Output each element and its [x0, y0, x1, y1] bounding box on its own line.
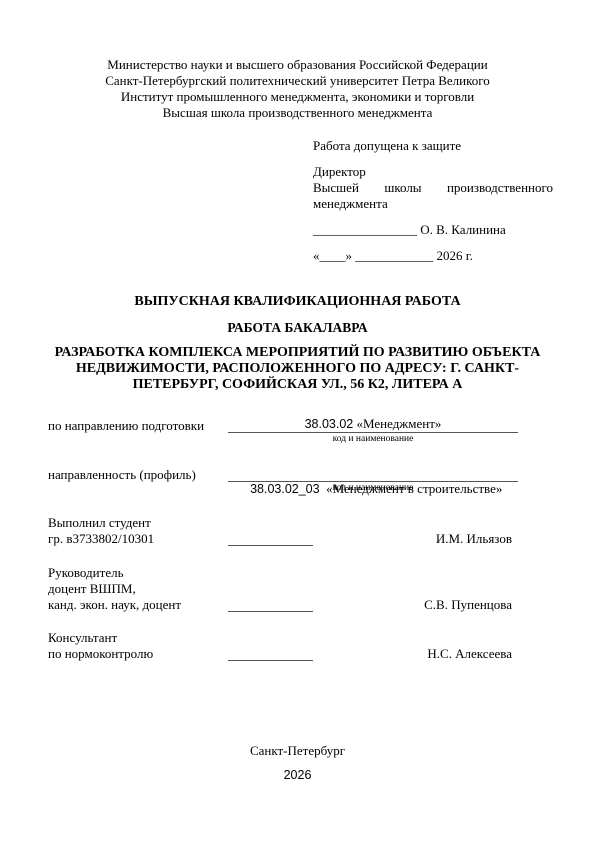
direction-field[interactable]: 38.03.02 «Менеджмент» — [228, 416, 518, 433]
approval-block: Работа допущена к защите Директор Высшей… — [313, 138, 553, 264]
supervisor-role-line-2: доцент ВШПМ, — [48, 581, 181, 597]
consultant-signature-line[interactable] — [228, 646, 313, 661]
header-line-school: Высшая школа производственного менеджмен… — [0, 105, 595, 121]
director-signature-blank[interactable]: ________________ — [313, 222, 417, 237]
date-month-blank[interactable]: ____________ — [355, 248, 433, 263]
date-day-blank[interactable]: ____ — [320, 248, 346, 263]
footer-year: 2026 — [0, 767, 595, 783]
direction-label: по направлению подготовки — [48, 418, 204, 434]
student-role-line-1: Выполнил студент — [48, 515, 154, 531]
student-signature-line[interactable] — [228, 531, 313, 546]
footer-city: Санкт-Петербург — [0, 743, 595, 759]
director-name: О. В. Калинина — [420, 222, 506, 237]
admitted-text: Работа допущена к защите — [313, 138, 553, 154]
topic-line-3: ПЕТЕРБУРГ, СОФИЙСКАЯ УЛ., 56 К2, ЛИТЕРА … — [0, 377, 595, 393]
direction-caption: код и наименование — [228, 434, 518, 444]
date-year: 2026 г. — [437, 248, 473, 263]
consultant-name: Н.С. Алексеева — [427, 646, 512, 662]
work-type-title: ВЫПУСКНАЯ КВАЛИФИКАЦИОННАЯ РАБОТА — [0, 294, 595, 310]
consultant-role-line-1: Консультант — [48, 630, 153, 646]
student-group: гр. в3733802/10301 — [48, 531, 154, 547]
student-role: Выполнил студент гр. в3733802/10301 — [48, 515, 154, 547]
student-name: И.М. Ильязов — [436, 531, 512, 547]
direction-code: 38.03.02 — [305, 417, 354, 431]
work-degree-title: РАБОТА БАКАЛАВРА — [0, 320, 595, 336]
unit-line-1: Высшей школы производственного — [313, 180, 553, 196]
ministry-header: Министерство науки и высшего образования… — [0, 57, 595, 121]
profile-label: направленность (профиль) — [48, 467, 196, 483]
direction-name: «Менеджмент» — [353, 416, 441, 431]
profile-caption: код и наименование — [228, 483, 518, 493]
approval-date-row: «____» ____________ 2026 г. — [313, 248, 553, 264]
supervisor-name: С.В. Пупенцова — [424, 597, 512, 613]
consultant-role-line-2: по нормоконтролю — [48, 646, 153, 662]
header-line-university: Санкт-Петербургский политехнический унив… — [0, 73, 595, 89]
supervisor-signature-line[interactable] — [228, 597, 313, 612]
date-close-quote: » — [346, 248, 353, 263]
topic-title: РАЗРАБОТКА КОМПЛЕКСА МЕРОПРИЯТИЙ ПО РАЗВ… — [0, 345, 595, 393]
header-line-institute: Институт промышленного менеджмента, экон… — [0, 89, 595, 105]
topic-line-2: НЕДВИЖИМОСТИ, РАСПОЛОЖЕННОГО ПО АДРЕСУ: … — [0, 361, 595, 377]
supervisor-role-line-1: Руководитель — [48, 565, 181, 581]
supervisor-role: Руководитель доцент ВШПМ, канд. экон. на… — [48, 565, 181, 613]
director-signature-row: ________________ О. В. Калинина — [313, 222, 553, 238]
director-position: Директор — [313, 164, 553, 180]
unit-line-2: менеджмента — [313, 196, 553, 212]
profile-field[interactable]: 38.03.02_03 «Менеджмент в строительстве» — [228, 465, 518, 482]
consultant-role: Консультант по нормоконтролю — [48, 630, 153, 662]
header-line-ministry: Министерство науки и высшего образования… — [0, 57, 595, 73]
supervisor-role-line-3: канд. экон. наук, доцент — [48, 597, 181, 613]
topic-line-1: РАЗРАБОТКА КОМПЛЕКСА МЕРОПРИЯТИЙ ПО РАЗВ… — [0, 345, 595, 361]
